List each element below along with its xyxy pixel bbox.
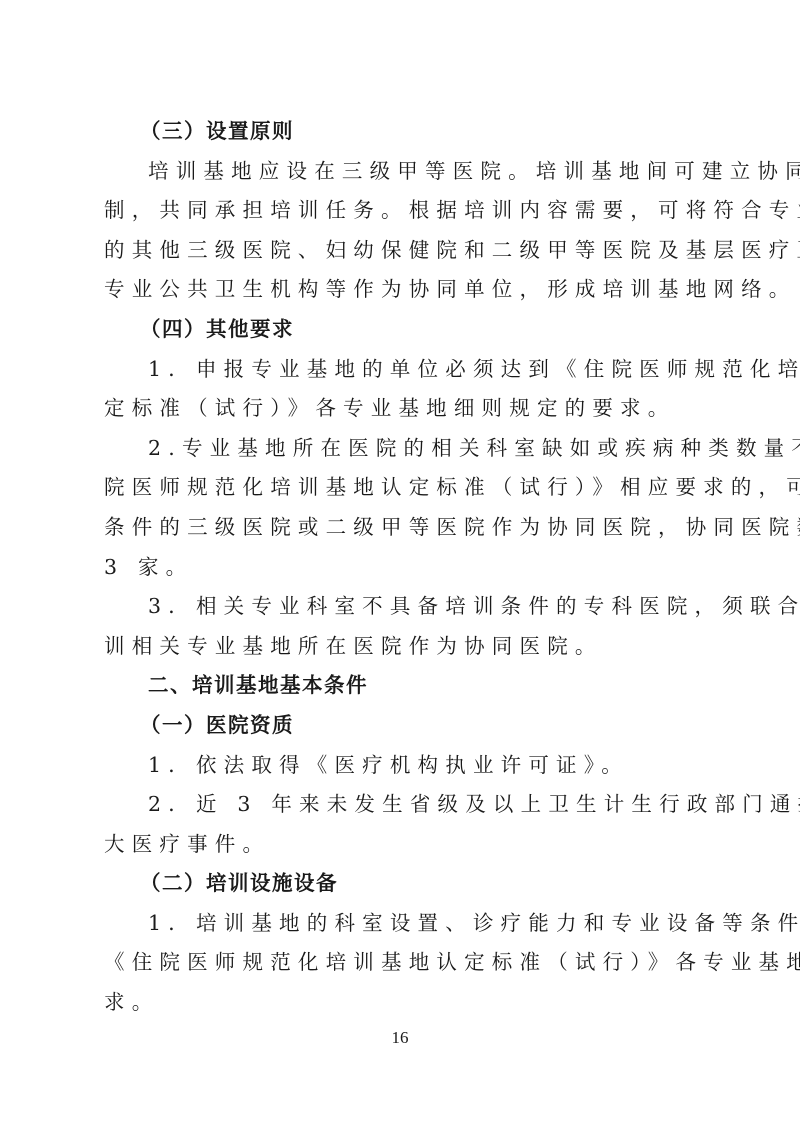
- paragraph-line: 2.专业基地所在医院的相关科室缺如或疾病种类数量不符合《住: [104, 429, 696, 469]
- paragraph-line: 制，共同承担培训任务。根据培训内容需要，可将符合专业培训条件: [104, 191, 696, 231]
- paragraph-line: 2．近 3 年来未发生省级及以上卫生计生行政部门通报批评的重: [104, 785, 696, 825]
- paragraph-line: 的其他三级医院、妇幼保健院和二级甲等医院及基层医疗卫生机构、: [104, 231, 696, 271]
- page-number: 16: [0, 1028, 800, 1048]
- paragraph-line: 定标准（试行）》各专业基地细则规定的要求。: [104, 389, 696, 429]
- paragraph-line: 3．相关专业科室不具备培训条件的专科医院，须联合区域内培: [104, 587, 696, 627]
- paragraph-line: 求。: [104, 983, 696, 1023]
- chapter-heading-basic-conditions: 二、培训基地基本条件: [104, 666, 696, 706]
- paragraph-line: 1．培训基地的科室设置、诊疗能力和专业设备等条件能够满足: [104, 904, 696, 944]
- paragraph-line: 大医疗事件。: [104, 825, 696, 865]
- section-heading-other-requirements: （四）其他要求: [104, 310, 696, 350]
- paragraph-line: 1．申报专业基地的单位必须达到《住院医师规范化培训基地认: [104, 350, 696, 390]
- document-body: （三）设置原则 培训基地应设在三级甲等医院。培训基地间可建立协同协作机 制，共同…: [104, 112, 696, 1023]
- paragraph-line: 训相关专业基地所在医院作为协同医院。: [104, 627, 696, 667]
- section-heading-hospital-qualification: （一）医院资质: [104, 706, 696, 746]
- section-heading-facilities: （二）培训设施设备: [104, 864, 696, 904]
- paragraph-line: 3 家。: [104, 548, 696, 588]
- paragraph-line: 1．依法取得《医疗机构执业许可证》。: [104, 746, 696, 786]
- paragraph-line: 院医师规范化培训基地认定标准（试行）》相应要求的，可联合符合: [104, 468, 696, 508]
- paragraph-line: 专业公共卫生机构等作为协同单位，形成培训基地网络。: [104, 270, 696, 310]
- paragraph-line: 《住院医师规范化培训基地认定标准（试行）》各专业基地细则的要: [104, 943, 696, 983]
- paragraph-line: 条件的三级医院或二级甲等医院作为协同医院，协同医院数量不超过: [104, 508, 696, 548]
- section-heading-principles: （三）设置原则: [104, 112, 696, 152]
- paragraph-line: 培训基地应设在三级甲等医院。培训基地间可建立协同协作机: [104, 152, 696, 192]
